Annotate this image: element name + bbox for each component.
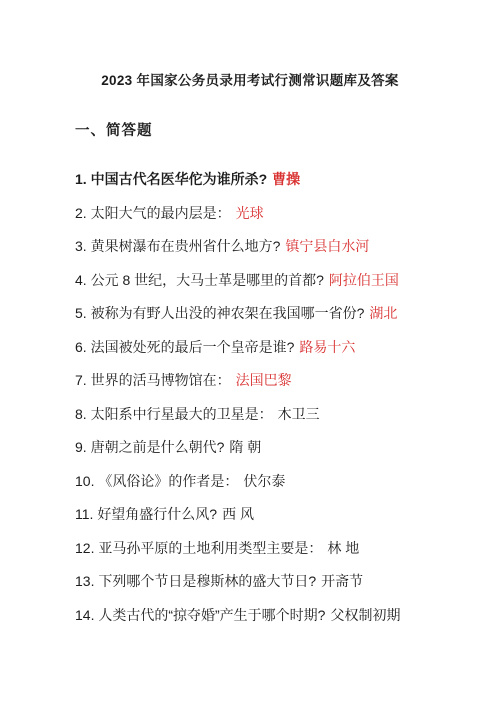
question-item: 6. 法国被处死的最后一个皇帝是谁?路易十六 (75, 337, 470, 357)
question-text: 14. 人类古代的“掠夺婚”产生于哪个时期? (75, 607, 325, 623)
answer-text: 林 地 (327, 540, 359, 556)
question-item: 13. 下列哪个节日是穆斯林的盛大节日?开斋节 (75, 571, 470, 591)
question-item: 11. 好望角盛行什么风?西 风 (75, 504, 470, 524)
question-item: 8. 太阳系中行星最大的卫星是：木卫三 (75, 404, 470, 424)
section-heading: 一、简答题 (75, 121, 500, 141)
question-item: 10. 《风俗论》的作者是：伏尔泰 (75, 471, 470, 491)
question-text: 10. 《风俗论》的作者是： (75, 473, 238, 489)
question-text: 6. 法国被处死的最后一个皇帝是谁? (75, 339, 294, 355)
question-item: 2. 太阳大气的最内层是：光球 (75, 203, 470, 223)
question-item: 14. 人类古代的“掠夺婚”产生于哪个时期?父权制初期 (75, 605, 470, 625)
question-item: 1. 中国古代名医华佗为谁所杀?曹操 (75, 169, 470, 189)
answer-text: 法国巴黎 (236, 372, 292, 388)
answer-text: 隋 朝 (229, 439, 261, 455)
question-text: 4. 公元 8 世纪，大马士革是哪里的首都? (75, 272, 324, 288)
answer-text: 西 风 (222, 506, 254, 522)
question-list: 1. 中国古代名医华佗为谁所杀?曹操2. 太阳大气的最内层是：光球3. 黄果树瀑… (75, 169, 470, 625)
answer-text: 开斋节 (321, 573, 363, 589)
question-item: 3. 黄果树瀑布在贵州省什么地方?镇宁县白水河 (75, 236, 470, 256)
answer-text: 伏尔泰 (243, 473, 285, 489)
question-item: 9. 唐朝之前是什么朝代?隋 朝 (75, 437, 470, 457)
answer-text: 木卫三 (278, 406, 320, 422)
answer-text: 阿拉伯王国 (329, 272, 399, 288)
answer-text: 曹操 (272, 171, 300, 187)
question-text: 11. 好望角盛行什么风? (75, 506, 217, 522)
question-text: 12. 亚马孙平原的土地利用类型主要是： (75, 540, 322, 556)
answer-text: 镇宁县白水河 (285, 238, 369, 254)
question-text: 3. 黄果树瀑布在贵州省什么地方? (75, 238, 280, 254)
answer-text: 光球 (236, 205, 264, 221)
question-text: 13. 下列哪个节日是穆斯林的盛大节日? (75, 573, 316, 589)
document-page: 2023 年国家公务员录用考试行测常识题库及答案 一、简答题 1. 中国古代名医… (0, 0, 500, 707)
question-text: 7. 世界的活马博物馆在： (75, 372, 231, 388)
document-title: 2023 年国家公务员录用考试行测常识题库及答案 (0, 0, 500, 91)
answer-text: 湖北 (369, 305, 397, 321)
question-text: 8. 太阳系中行星最大的卫星是： (75, 406, 273, 422)
question-text: 2. 太阳大气的最内层是： (75, 205, 231, 221)
answer-text: 路易十六 (299, 339, 355, 355)
question-text: 9. 唐朝之前是什么朝代? (75, 439, 224, 455)
question-text: 5. 被称为有野人出没的神农架在我国哪一省份? (75, 305, 364, 321)
question-item: 7. 世界的活马博物馆在：法国巴黎 (75, 370, 470, 390)
question-item: 4. 公元 8 世纪，大马士革是哪里的首都?阿拉伯王国 (75, 270, 470, 290)
question-item: 12. 亚马孙平原的土地利用类型主要是：林 地 (75, 538, 470, 558)
question-text: 1. 中国古代名医华佗为谁所杀? (75, 171, 267, 187)
answer-text: 父权制初期 (330, 607, 400, 623)
question-item: 5. 被称为有野人出没的神农架在我国哪一省份?湖北 (75, 303, 470, 323)
